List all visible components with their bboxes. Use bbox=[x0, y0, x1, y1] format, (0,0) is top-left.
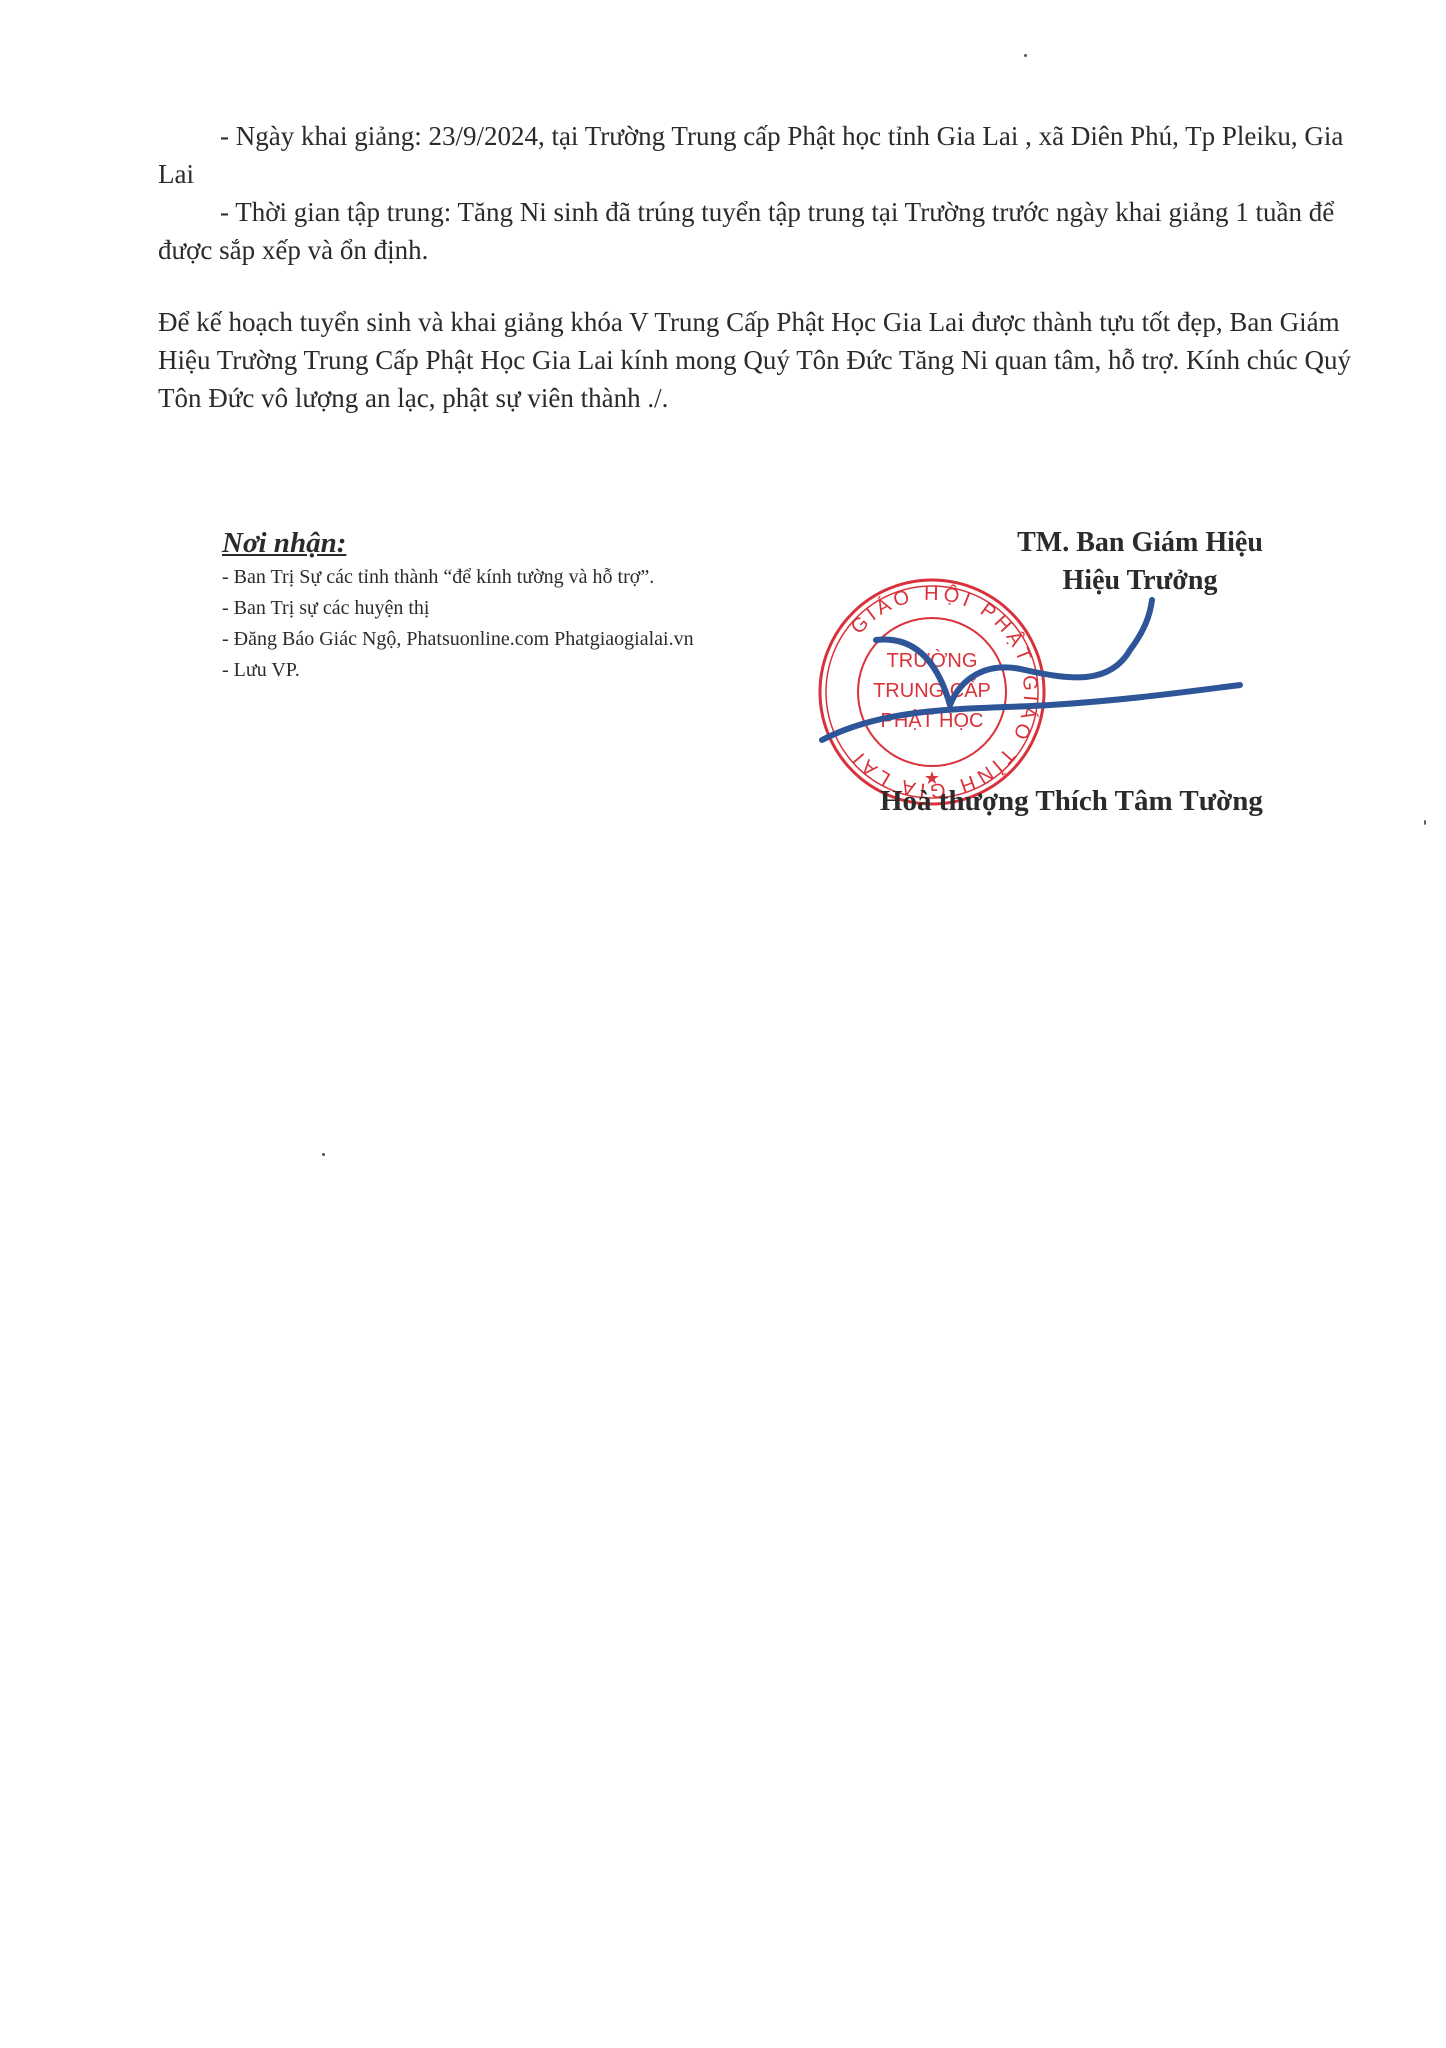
scan-speck bbox=[322, 1153, 325, 1156]
opening-date-line: - Ngày khai giảng: 23/9/2024, tại Trường… bbox=[158, 117, 1358, 193]
recipients-block: Nơi nhận: - Ban Trị Sự các tỉnh thành “đ… bbox=[156, 526, 716, 686]
event-details: - Ngày khai giảng: 23/9/2024, tại Trường… bbox=[158, 117, 1358, 269]
scan-speck bbox=[1024, 54, 1027, 57]
recipient-item: - Ban Trị Sự các tỉnh thành “để kính tườ… bbox=[156, 562, 716, 593]
scan-speck bbox=[1424, 820, 1426, 825]
closing-text: Để kế hoạch tuyển sinh và khai giảng khó… bbox=[158, 303, 1358, 417]
on-behalf-label: TM. Ban Giám Hiệu bbox=[820, 524, 1380, 562]
gathering-time-line: - Thời gian tập trung: Tăng Ni sinh đã t… bbox=[158, 193, 1358, 269]
signature-scribble-icon bbox=[810, 590, 1250, 760]
document-page: - Ngày khai giảng: 23/9/2024, tại Trường… bbox=[0, 0, 1446, 2048]
signer-name: Hoà thượng Thích Tâm Tường bbox=[880, 785, 1263, 818]
recipients-title: Nơi nhận: bbox=[156, 526, 716, 560]
recipient-item: - Ban Trị sự các huyện thị bbox=[156, 593, 716, 624]
recipient-item: - Đăng Báo Giác Ngộ, Phatsuonline.com Ph… bbox=[156, 624, 716, 655]
recipient-item: - Lưu VP. bbox=[156, 655, 716, 686]
closing-paragraph: Để kế hoạch tuyển sinh và khai giảng khó… bbox=[158, 303, 1358, 417]
